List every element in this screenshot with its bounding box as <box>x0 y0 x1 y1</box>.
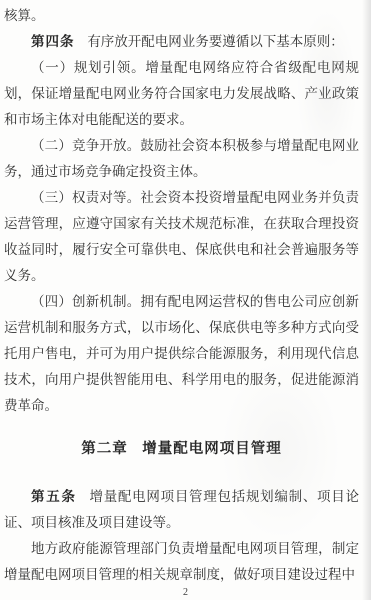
article-5-label: 第五条 <box>31 489 77 504</box>
chapter-2-heading: 第二章增量配电网项目管理 <box>4 436 359 462</box>
local-government-paragraph: 地方政府能源管理部门负责增量配电网项目管理，制定增量配电网项目管理的相关规章制度… <box>4 536 359 588</box>
principle-3-paragraph: （三）权责对等。社会资本投资增量配电网业务并负责运营管理，应遵守国家有关技术规范… <box>4 185 359 289</box>
principle-1-paragraph: （一）规划引领。增量配电网络应符合省级配电网规划，保证增量配电网业务符合国家电力… <box>4 55 359 133</box>
carryover-line: 核算。 <box>4 3 359 29</box>
article-4-body: 有序放开配电网业务要遵循以下基本原则： <box>87 34 344 49</box>
chapter-2-title: 增量配电网项目管理 <box>142 441 282 457</box>
scan-edge-artifact <box>362 0 371 600</box>
article-5-paragraph: 第五条增量配电网项目管理包括规划编制、项目论证、项目核准及项目建设等。 <box>4 484 359 536</box>
document-page: 核算。 第四条有序放开配电网业务要遵循以下基本原则： （一）规划引领。增量配电网… <box>0 0 371 600</box>
principle-2-paragraph: （二）竞争开放。鼓励社会资本积极参与增量配电网业务，通过市场竞争确定投资主体。 <box>4 133 359 185</box>
page-number: 2 <box>0 587 371 599</box>
article-4-label: 第四条 <box>31 34 75 49</box>
article-4-paragraph: 第四条有序放开配电网业务要遵循以下基本原则： <box>4 29 359 55</box>
chapter-2-number: 第二章 <box>81 441 128 457</box>
principle-4-paragraph: （四）创新机制。拥有配电网运营权的售电公司应创新运营机制和服务方式，以市场化、保… <box>4 289 359 419</box>
